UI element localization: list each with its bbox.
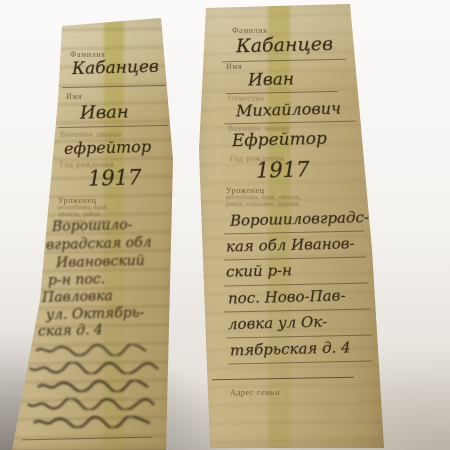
paper-creases xyxy=(8,14,180,450)
paper-creases xyxy=(196,0,390,450)
left-paper-strip: Фамилия Кабанцев Имя Иван Военное звание… xyxy=(8,14,180,450)
right-paper-strip: Фамилия Кабанцев Имя Иван Отчество Михай… xyxy=(196,0,390,450)
photo-of-two-paper-forms: Фамилия Кабанцев Имя Иван Военное звание… xyxy=(0,0,450,450)
